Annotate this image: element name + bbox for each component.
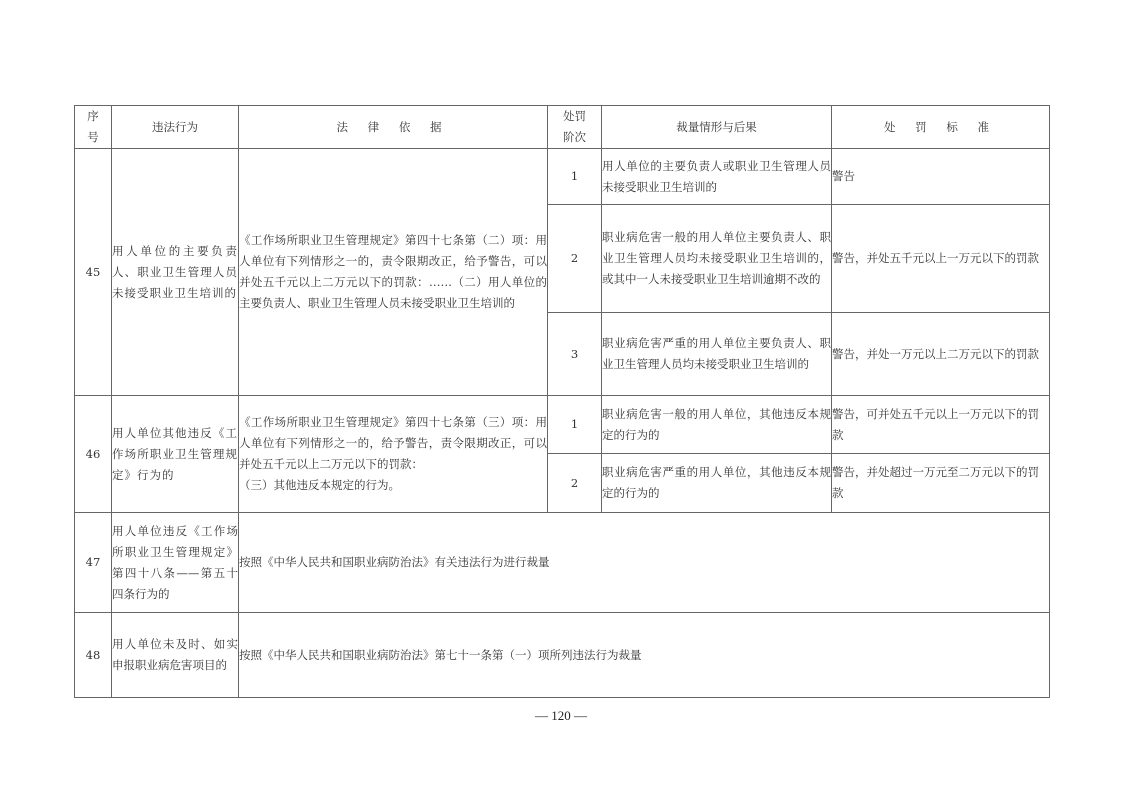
stage-number: 1 [548,149,602,205]
row-seq: 46 [75,396,112,513]
table-row: 45 用人单位的主要负责人、职业卫生管理人员未接受职业卫生培训的 《工作场所职业… [75,149,1050,205]
row-violation: 用人单位其他违反《工作场所职业卫生管理规定》行为的 [112,396,239,513]
stage-standard: 警告，并处五千元以上一万元以下的罚款 [832,205,1050,313]
row-violation: 用人单位违反《工作场所职业卫生管理规定》第四十八条——第五十四条行为的 [112,513,239,613]
row-seq: 47 [75,513,112,613]
penalty-discretion-table: 序号 违法行为 法 律 依 据 处罚阶次 裁量情形与后果 处 罚 标 准 45 … [74,105,1050,698]
table-row: 47 用人单位违反《工作场所职业卫生管理规定》第四十八条——第五十四条行为的 按… [75,513,1050,613]
stage-circumstances: 职业病危害一般的用人单位主要负责人、职业卫生管理人员均未接受职业卫生培训的，或其… [602,205,832,313]
stage-standard: 警告，并处超过一万元至二万元以下的罚款 [832,454,1050,513]
stage-circumstances: 用人单位的主要负责人或职业卫生管理人员未接受职业卫生培训的 [602,149,832,205]
row-legal-basis: 《工作场所职业卫生管理规定》第四十七条第（三）项：用人单位有下列情形之一的，给予… [239,396,548,513]
row-merged-basis: 按照《中华人民共和国职业病防治法》有关违法行为进行裁量 [239,513,1050,613]
header-stage: 处罚阶次 [548,106,602,149]
document-page: 序号 违法行为 法 律 依 据 处罚阶次 裁量情形与后果 处 罚 标 准 45 … [0,0,1122,793]
table-row: 48 用人单位未及时、如实申报职业病危害项目的 按照《中华人民共和国职业病防治法… [75,613,1050,698]
stage-circumstances: 职业病危害严重的用人单位主要负责人、职业卫生管理人员均未接受职业卫生培训的 [602,313,832,396]
stage-number: 1 [548,396,602,454]
row-violation: 用人单位的主要负责人、职业卫生管理人员未接受职业卫生培训的 [112,149,239,396]
header-circumstances: 裁量情形与后果 [602,106,832,149]
row-violation: 用人单位未及时、如实申报职业病危害项目的 [112,613,239,698]
stage-standard: 警告，并处一万元以上二万元以下的罚款 [832,313,1050,396]
row-legal-basis: 《工作场所职业卫生管理规定》第四十七条第（二）项：用人单位有下列情形之一的，责令… [239,149,548,396]
stage-standard: 警告，可并处五千元以上一万元以下的罚款 [832,396,1050,454]
legal-basis-line: 《工作场所职业卫生管理规定》第四十七条第（三）项：用人单位有下列情形之一的，给予… [239,412,547,475]
header-seq: 序号 [75,106,112,149]
stage-circumstances: 职业病危害一般的用人单位，其他违反本规定的行为的 [602,396,832,454]
stage-number: 2 [548,454,602,513]
table-row: 46 用人单位其他违反《工作场所职业卫生管理规定》行为的 《工作场所职业卫生管理… [75,396,1050,454]
row-seq: 48 [75,613,112,698]
header-standard: 处 罚 标 准 [832,106,1050,149]
header-legal-basis: 法 律 依 据 [239,106,548,149]
header-violation: 违法行为 [112,106,239,149]
page-number: — 120 — [0,708,1122,724]
legal-basis-line: （三）其他违反本规定的行为。 [239,475,547,496]
header-legal-basis-label: 法 律 依 据 [337,120,450,134]
header-row: 序号 违法行为 法 律 依 据 处罚阶次 裁量情形与后果 处 罚 标 准 [75,106,1050,149]
header-standard-label: 处 罚 标 准 [884,120,997,134]
row-merged-basis: 按照《中华人民共和国职业病防治法》第七十一条第（一）项所列违法行为裁量 [239,613,1050,698]
stage-circumstances: 职业病危害严重的用人单位，其他违反本规定的行为的 [602,454,832,513]
stage-standard: 警告 [832,149,1050,205]
stage-number: 3 [548,313,602,396]
stage-number: 2 [548,205,602,313]
row-seq: 45 [75,149,112,396]
